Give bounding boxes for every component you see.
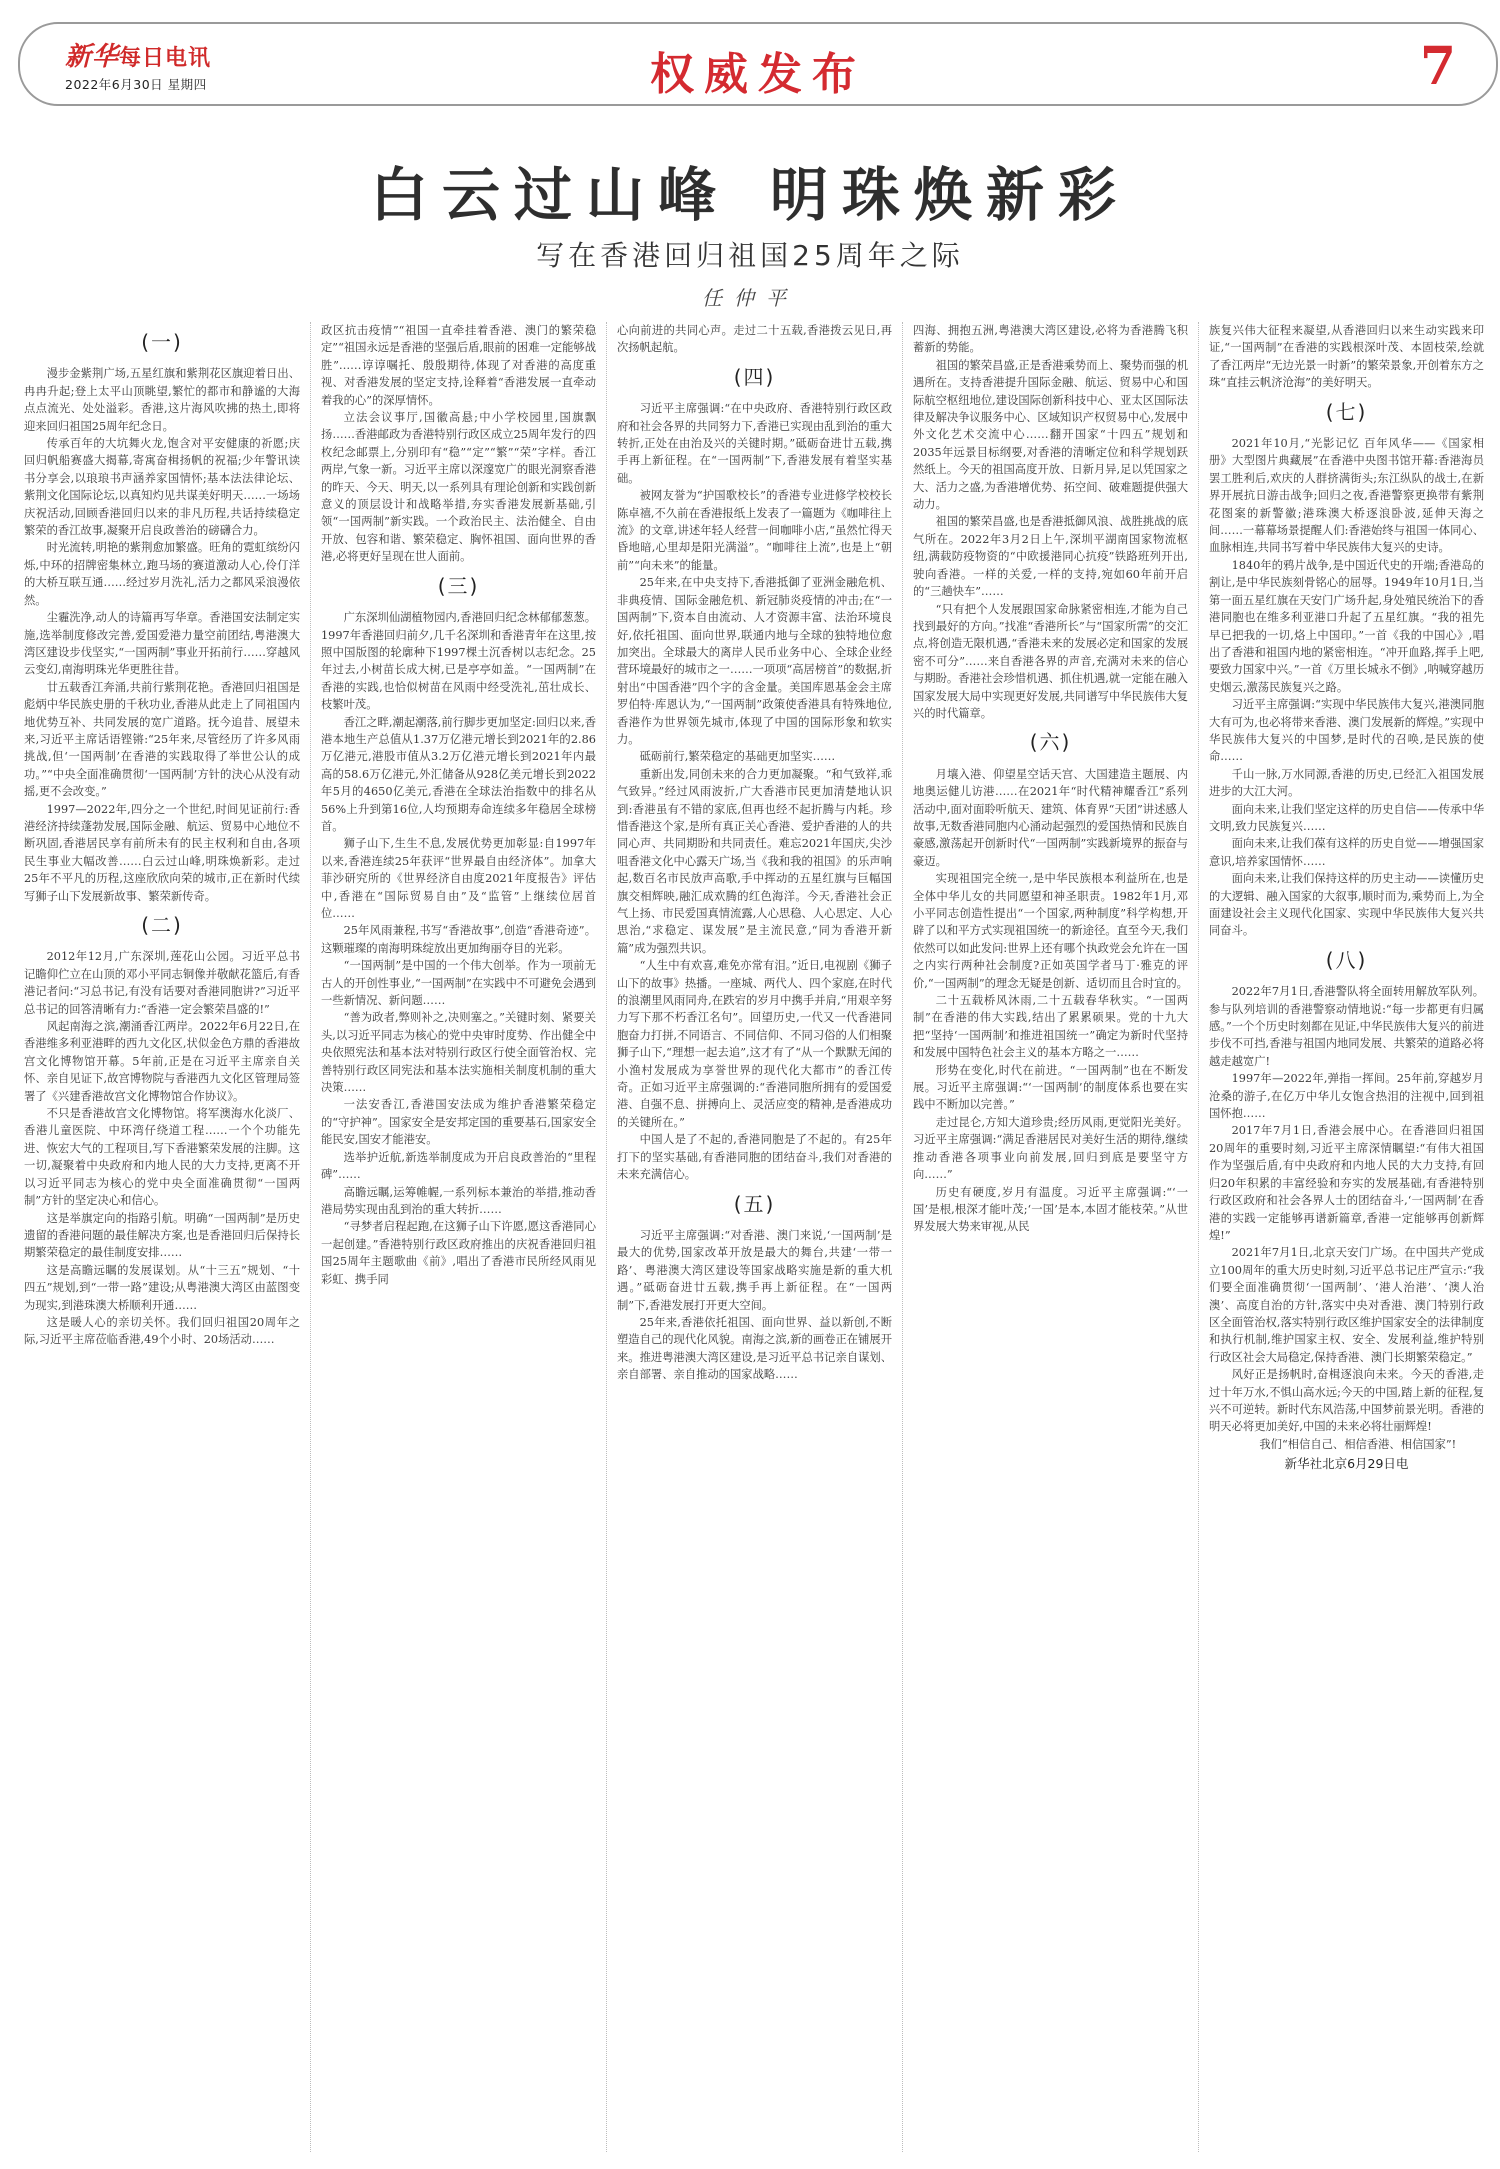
paragraph: 二十五载桥风沐雨,二十五载春华秋实。“一国两制”在香港的伟大实践,结出了累累硕果… xyxy=(913,992,1188,1062)
paragraph: “只有把个人发展跟国家命脉紧密相连,才能为自己找到最好的方向。”找准“香港所长”… xyxy=(913,601,1188,723)
paragraph: 重新出发,同创未来的合力更加凝聚。“和气致祥,乖气致异。”经过风雨波折,广大香港… xyxy=(617,766,892,957)
paragraph: 实现祖国完全统一,是中华民族根本利益所在,也是全体中华儿女的共同愿望和神圣职责。… xyxy=(913,870,1188,992)
paragraph: 狮子山下,生生不息,发展优势更加彰显:自1997年以来,香港连续25年获评“世界… xyxy=(321,835,596,922)
article-byline: 任仲平 xyxy=(0,282,1500,311)
article-headline: 白云过山峰明珠焕新彩 xyxy=(0,148,1500,232)
text-column-5: 族复兴伟大征程来凝望,从香港回归以来生动实践来印证,“一国两制”在香港的实践根深… xyxy=(1198,322,1494,2152)
paragraph: 祖国的繁荣昌盛,正是香港乘势而上、聚势而强的机遇所在。支持香港提升国际金融、航运… xyxy=(913,357,1188,514)
paragraph: 高瞻远瞩,运筹帷幄,一系列标本兼治的举措,推动香港局势实现由乱到治的重大转折…… xyxy=(321,1184,596,1219)
section-heading-4: (四) xyxy=(617,369,892,386)
paragraph: 习近平主席强调:“实现中华民族伟大复兴,港澳同胞大有可为,也必将带来香港、澳门发… xyxy=(1209,696,1484,766)
paragraph: 2022年7月1日,香港警队将全面转用解放军队列。参与队列培训的香港警察动情地说… xyxy=(1209,983,1484,1070)
paragraph: 1997—2022年,四分之一个世纪,时间见证前行:香港经济持续蓬勃发展,国际金… xyxy=(24,801,300,905)
paragraph: 25年风雨兼程,书写“香港故事”,创造“香港奇迹”。这颗璀璨的南海明珠绽放出更加… xyxy=(321,922,596,957)
section-heading-7: (七) xyxy=(1209,404,1484,421)
paragraph: “一国两制”是中国的一个伟大创举。作为一项前无古人的开创性事业,“一国两制”在实… xyxy=(321,957,596,1009)
paragraph: 四海、拥抱五洲,粤港澳大湾区建设,必将为香港腾飞积蓄新的势能。 xyxy=(913,322,1188,357)
paragraph: 历史有硬度,岁月有温度。习近平主席强调:“‘一国’是根,根深才能叶茂;‘一国’是… xyxy=(913,1184,1188,1236)
paragraph: “寻梦者启程起跑,在这狮子山下许愿,愿这香港同心一起创建。”香港特别行政区政府推… xyxy=(321,1218,596,1288)
section-heading-8: (八) xyxy=(1209,952,1484,969)
closing-line: 我们“相信自己、相信香港、相信国家”! xyxy=(1209,1436,1484,1453)
section-heading-5: (五) xyxy=(617,1196,892,1213)
paragraph: 立法会议事厅,国徽高悬;中小学校园里,国旗飘扬……香港邮政为香港特别行政区成立2… xyxy=(321,409,596,566)
paragraph: 风起南海之滨,潮涌香江两岸。2022年6月22日,在香港维多利亚港畔的西九文化区… xyxy=(24,1018,300,1105)
text-column-1: (一) 漫步金紫荆广场,五星红旗和紫荆花区旗迎着日出、冉冉升起;登上太平山顶眺望… xyxy=(14,322,310,2152)
paragraph: “人生中有欢喜,难免亦常有泪。”近日,电视剧《狮子山下的故事》热播。一座城、两代… xyxy=(617,957,892,1131)
section-title: 权威发布 xyxy=(20,38,1496,102)
section-heading-1: (一) xyxy=(24,334,300,351)
paragraph: 1997年—2022年,弹指一挥间。25年前,穿越岁月沧桑的游子,在亿万中华儿女… xyxy=(1209,1070,1484,1122)
paragraph: 习近平主席强调:“在中央政府、香港特别行政区政府和社会各界的共同努力下,香港已实… xyxy=(617,400,892,487)
paragraph: “善为政者,弊则补之,决则塞之。”关键时刻、紧要关头,以习近平同志为核心的党中央… xyxy=(321,1009,596,1096)
article-subtitle: 写在香港回归祖国25周年之际 xyxy=(0,234,1500,274)
paragraph: 广东深圳仙湖植物园内,香港回归纪念林郁郁葱葱。1997年香港回归前夕,几千名深圳… xyxy=(321,609,596,713)
paragraph: 习近平主席强调:“对香港、澳门来说,‘一国两制’是最大的优势,国家改革开放是最大… xyxy=(617,1227,892,1314)
paragraph: 这是暖人心的亲切关怀。我们回归祖国20周年之际,习近平主席莅临香港,49个小时、… xyxy=(24,1314,300,1349)
paragraph: 不只是香港故宫文化博物馆。将军澳海水化淡厂、香港儿童医院、中环湾仔绕道工程……一… xyxy=(24,1105,300,1209)
paragraph: 一法安香江,香港国安法成为维护香港繁荣稳定的“守护神”。国家安全是安邦定国的重要… xyxy=(321,1096,596,1148)
paragraph: 砥砺前行,繁荣稳定的基础更加坚实…… xyxy=(617,748,892,765)
paragraph: 2017年7月1日,香港会展中心。在香港回归祖国20周年的重要时刻,习近平主席深… xyxy=(1209,1122,1484,1244)
dateline: 新华社北京6月29日电 xyxy=(1209,1455,1484,1472)
paragraph: 这是举旗定向的指路引航。明确“一国两制”是历史遗留的香港问题的最佳解决方案,也是… xyxy=(24,1210,300,1262)
paragraph: 25年来,在中央支持下,香港抵御了亚洲金融危机、非典疫情、国际金融危机、新冠肺炎… xyxy=(617,574,892,748)
paragraph: 面向未来,让我们保持这样的历史主动——读懂历史的大逻辑、融入国家的大叙事,顺时而… xyxy=(1209,870,1484,940)
paragraph: 2021年10月,“光影记忆 百年风华——《国家相册》大型图片典藏展”在香港中央… xyxy=(1209,435,1484,557)
paragraph: 2012年12月,广东深圳,莲花山公园。习近平总书记瞻仰伫立在山顶的邓小平同志铜… xyxy=(24,948,300,1018)
paragraph: 尘霾洗净,动人的诗篇再写华章。香港国安法制定实施,选举制度修改完善,爱国爱港力量… xyxy=(24,609,300,679)
section-heading-3: (三) xyxy=(321,578,596,595)
paragraph: 中国人是了不起的,香港同胞是了不起的。有25年打下的坚实基础,有香港同胞的团结奋… xyxy=(617,1131,892,1183)
paragraph: 时光流转,明艳的紫荆愈加繁盛。旺角的霓虹缤纷闪烁,中环的招牌密集林立,跑马场的赛… xyxy=(24,539,300,609)
paragraph: 族复兴伟大征程来凝望,从香港回归以来生动实践来印证,“一国两制”在香港的实践根深… xyxy=(1209,322,1484,392)
section-heading-2: (二) xyxy=(24,917,300,934)
paragraph: 漫步金紫荆广场,五星红旗和紫荆花区旗迎着日出、冉冉升起;登上太平山顶眺望,繁忙的… xyxy=(24,365,300,435)
text-column-4: 四海、拥抱五洲,粤港澳大湾区建设,必将为香港腾飞积蓄新的势能。 祖国的繁荣昌盛,… xyxy=(902,322,1198,2152)
section-heading-6: (六) xyxy=(913,734,1188,751)
paragraph: 选举护近航,新选举制度成为开启良政善治的“里程碑”…… xyxy=(321,1149,596,1184)
text-column-3: 心向前进的共同心声。走过二十五载,香港拨云见日,再次扬帆起航。 (四) 习近平主… xyxy=(606,322,902,2152)
paragraph: 面向未来,让我们坚定这样的历史自信——传承中华文明,致力民族复兴…… xyxy=(1209,801,1484,836)
paragraph: 心向前进的共同心声。走过二十五载,香港拨云见日,再次扬帆起航。 xyxy=(617,322,892,357)
paragraph: 被网友誉为“护国歌校长”的香港专业进修学校校长陈卓禧,不久前在香港报纸上发表了一… xyxy=(617,487,892,574)
paragraph: 千山一脉,万水同源,香港的历史,已经汇入祖国发展进步的大江大河。 xyxy=(1209,766,1484,801)
paragraph: 风好正是扬帆时,奋楫逐浪向未来。今天的香港,走过十年万水,不惧山高水远;今天的中… xyxy=(1209,1366,1484,1436)
paragraph: 这是高瞻远瞩的发展谋划。从“十三五”规划、“十四五”规划,到“一带一路”建设;从… xyxy=(24,1262,300,1314)
paragraph: 形势在变化,时代在前进。“一国两制”也在不断发展。习近平主席强调:“‘一国两制’… xyxy=(913,1062,1188,1114)
paragraph: 政区抗击疫情”“祖国一直牵挂着香港、澳门的繁荣稳定”“祖国永远是香港的坚强后盾,… xyxy=(321,322,596,409)
paragraph: 25年来,香港依托祖国、面向世界、益以新创,不断塑造自己的现代化风貌。南海之滨,… xyxy=(617,1314,892,1384)
paragraph: 月壤入港、仰望星空话天宫、大国建造主题展、内地奥运健儿访港……在2021年“时代… xyxy=(913,766,1188,870)
paragraph: 香江之畔,潮起潮落,前行脚步更加坚定:回归以来,香港本地生产总值从1.37万亿港… xyxy=(321,714,596,836)
page-number: 7 xyxy=(1420,36,1456,97)
paragraph: 传承百年的大坑舞火龙,饱含对平安健康的祈愿;庆回归帆船赛盛大揭幕,寄寓奋楫扬帆的… xyxy=(24,435,300,539)
paragraph: 廿五载香江奔涌,共前行紫荆花艳。香港回归祖国是彪炳中华民族史册的千秋功业,香港从… xyxy=(24,679,300,801)
text-column-2: 政区抗击疫情”“祖国一直牵挂着香港、澳门的繁荣稳定”“祖国永远是香港的坚强后盾,… xyxy=(310,322,606,2152)
paragraph: 走过昆仑,方知大道珍贵;经历风雨,更觉阳光美好。习近平主席强调:“满足香港居民对… xyxy=(913,1114,1188,1184)
article-body: (一) 漫步金紫荆广场,五星红旗和紫荆花区旗迎着日出、冉冉升起;登上太平山顶眺望… xyxy=(14,322,1494,2152)
paragraph: 1840年的鸦片战争,是中国近代史的开端;香港岛的割让,是中华民族刻骨铭心的屈辱… xyxy=(1209,557,1484,696)
paragraph: 2021年7月1日,北京天安门广场。在中国共产党成立100周年的重大历史时刻,习… xyxy=(1209,1244,1484,1366)
paragraph: 祖国的繁荣昌盛,也是香港抵御风浪、战胜挑战的底气所在。2022年3月2日上午,深… xyxy=(913,513,1188,600)
page-header: 新华每日电讯 2022年6月30日 星期四 权威发布 7 xyxy=(18,22,1498,106)
paragraph: 面向未来,让我们葆有这样的历史自觉——增强国家意识,培养家国情怀…… xyxy=(1209,835,1484,870)
